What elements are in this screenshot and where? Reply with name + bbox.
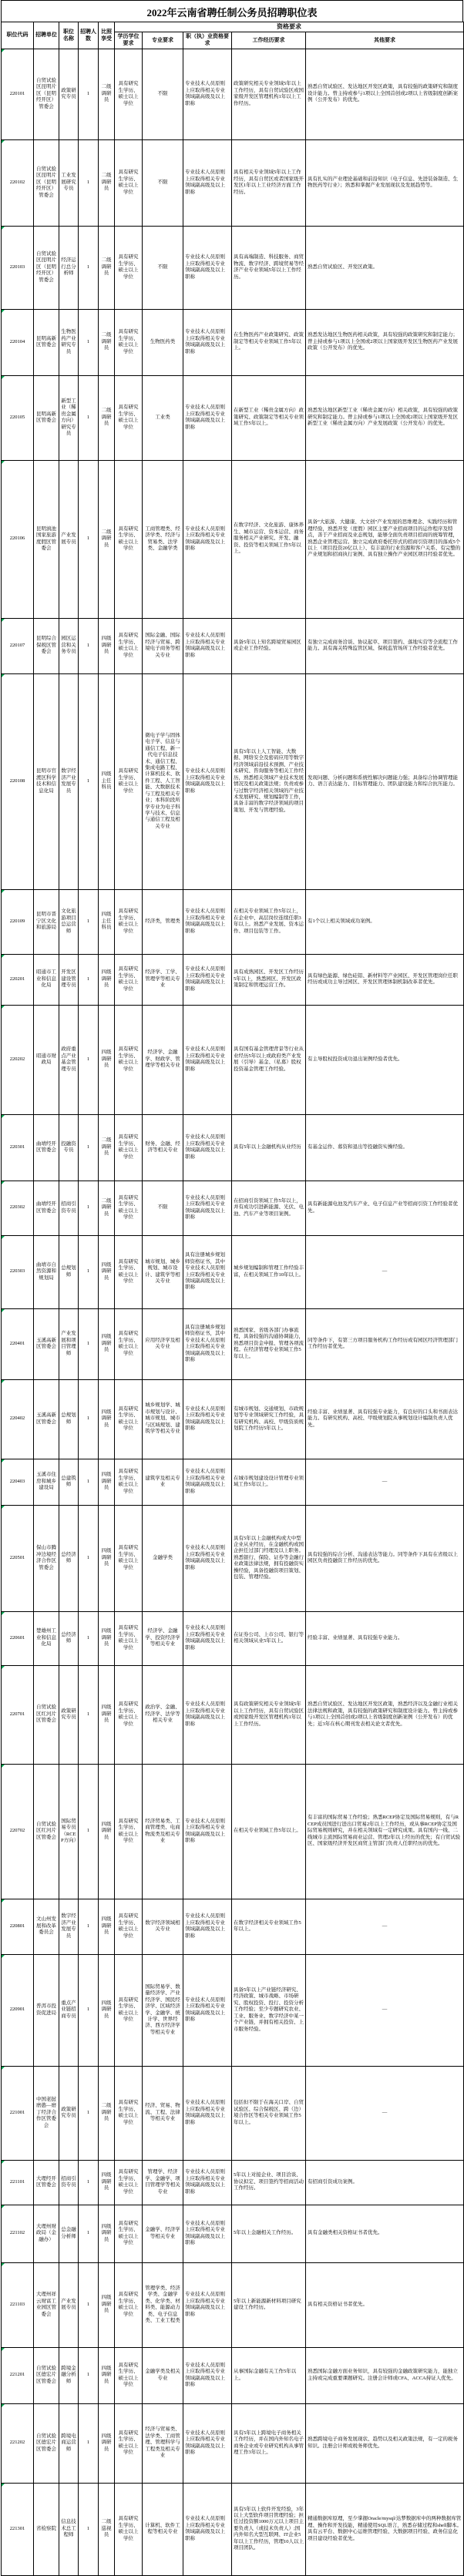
cell-recruit-count: 1 xyxy=(79,309,99,375)
cell-major: 经济贸易类、工商管理类、电商物流类及相关专业 xyxy=(143,1764,183,1899)
table-row: 221102 大理州财政局（金融办） 总金融分析师 1 四级调研员 具有研究生学… xyxy=(2,2205,464,2262)
cell-other-requirement: 有招商引资成功案例。 xyxy=(306,2160,464,2205)
cell-other-requirement: 熟悉发达地区新型工业（稀贵金属方向）相关政策，具有较强的政策研究和制定能力。曾主… xyxy=(306,375,464,460)
table-row: 220801 文山州发展和改革委员会 数字经济产业发展专员 1 四级调研员 具有… xyxy=(2,1899,464,1954)
cell-recruiting-unit: 文山州发展和改革委员会 xyxy=(34,1899,59,1954)
table-row: 220109 昆明市晋宁区文化和旅游局 文化旅游项目总运营师 1 四级主任科员 … xyxy=(2,889,464,954)
table-row: 220101 自贸试验区昆明片区（昆明经开区）管委会 政策研究专员 1 二级调研… xyxy=(2,49,464,139)
cell-rank: 二级调研员 xyxy=(99,139,115,226)
table-row: 221001 中国老挝磨憨—磨丁经济合作区管委会 政策研究专员 1 二级调研员 … xyxy=(2,2066,464,2160)
cell-rank: 四级调研员 xyxy=(99,1308,115,1379)
cell-recruiting-unit: 大理州祥云财富工业园区管委会 xyxy=(34,2262,59,2347)
cell-recruiting-unit: 自贸试验区昆明片区（昆明经开区）管委会 xyxy=(34,139,59,226)
cell-position-name: 跨境电商运营师 xyxy=(59,2403,79,2483)
cell-education: 具有研究生学历、硕士以上学位 xyxy=(115,1308,143,1379)
cell-major: 管理学类、经济学类、金融学类、化学类、材料类、能源动力类、电子信息类、工业工程类 xyxy=(143,2262,183,2347)
cell-education: 具有研究生学历、硕士以上学位 xyxy=(115,954,143,1005)
header-other: 其他要求 xyxy=(306,32,464,49)
cell-position-name: 总金融分析师 xyxy=(59,2205,79,2262)
cell-rank: 二级调研员 xyxy=(99,226,115,309)
cell-other-requirement: 有独立完成商务洽谈、协议起草、项目签约、落地实营等全流程工作能力。具有海关特殊监… xyxy=(306,618,464,673)
cell-recruit-count: 1 xyxy=(79,2262,99,2347)
table-row: 221202 自贸试验区德宏片区管委会 跨境电商运营师 1 四级调研员 具有研究… xyxy=(2,2403,464,2483)
cell-cert-requirement: 专业技术人员原则上应取得相关专业领域副高级及以上职称 xyxy=(183,2403,232,2483)
cell-position-name: 产业发展专员 xyxy=(59,2262,79,2347)
table-row: 220501 保山市腾冲边境经济合作区管委会 总经济师 1 四级调研员 具有研究… xyxy=(2,1505,464,1611)
cell-cert-requirement: 专业技术人员原则上应取得相关专业领域副高级及以上职称 xyxy=(183,954,232,1005)
cell-cert-requirement: 专业技术人员原则上应取得相关专业领域副高级及以上职称 xyxy=(183,2066,232,2160)
cell-position-name: 数字经济产业发展专员 xyxy=(59,1899,79,1954)
cell-major: 城市规划、城乡规划、城市设计、建筑学等相关专业 xyxy=(143,1235,183,1308)
table-row: 220701 自贸试验区红河片区管委会 政策研究专员 1 四级调研员 具有研究生… xyxy=(2,1665,464,1764)
cell-experience: 政策研究相关专业领域5年以上工作经历，具有自贸试验区或国家级开发区管理机构1年以… xyxy=(232,49,306,139)
cell-position-code: 221103 xyxy=(2,2262,34,2347)
cell-position-code: 220601 xyxy=(2,1611,34,1665)
cell-position-name: 园区运营和关务专员 xyxy=(59,618,79,673)
cell-recruiting-unit: 自贸试验区红河片区管委会 xyxy=(34,1665,59,1764)
cell-position-code: 221202 xyxy=(2,2403,34,2483)
cell-experience: 在城市规划建设设计管理专业领域工作5年以上。 xyxy=(232,1459,306,1505)
cell-position-name: 政策研究专员 xyxy=(59,49,79,139)
cell-recruit-count: 1 xyxy=(79,954,99,1005)
cell-education: 具有研究生学历、硕士以上学位 xyxy=(115,2066,143,2160)
cell-education: 具有研究生学历、硕士以上学位 xyxy=(115,2483,143,2575)
cell-recruit-count: 1 xyxy=(79,1665,99,1764)
cell-cert-requirement: 专业技术人员原则上应取得相关专业领域副高级及以上职称 xyxy=(183,1379,232,1459)
cell-rank: 四级调研员 xyxy=(99,1235,115,1308)
cell-recruiting-unit: 中国老挝磨憨—磨丁经济合作区管委会 xyxy=(34,2066,59,2160)
cell-experience: 具有国有基金管理背景等行业从业经历5年以上或政府类产业发展（引导）基金、（私募）… xyxy=(232,1005,306,1114)
cell-experience: 具有高端制造、科技服务、商贸物流、数字经济、跨境贸易等经济产业专业领域5年以上工… xyxy=(232,226,306,309)
cell-position-name: 总规划师 xyxy=(59,1235,79,1308)
cell-recruiting-unit: 自贸试验区昆明片区（昆明经开区）管委会 xyxy=(34,49,59,139)
table-row: 221101 大理经开区管委会 招商引资专员 1 四级调研员 具有研究生学历、硕… xyxy=(2,2160,464,2205)
table-row: 220105 昆明高新区管委会 新型工业（稀贵金属方向）研究专员 1 二级调研员… xyxy=(2,375,464,460)
cell-experience: 具有5年以上跨境电子商务相关工作经历，并在国内外知名电子商务企业或专业研究机构从… xyxy=(232,2403,306,2483)
cell-experience: 城乡规划编制和管理工作经验丰富，在相关领域工作10年以上。 xyxy=(232,1235,306,1308)
header-experience: 工作经历要求 xyxy=(232,32,306,49)
cell-major: 金融学类及相关专业 xyxy=(143,2347,183,2403)
cell-education: 具有研究生学历、硕士以上学位 xyxy=(115,1379,143,1459)
cell-rank: 四级主任科员 xyxy=(99,673,115,889)
cell-other-requirement: 有1个以上相关领域成功案例。 xyxy=(306,889,464,954)
cell-position-name: 政策研究专员 xyxy=(59,1665,79,1764)
cell-rank: 二级调研员 xyxy=(99,49,115,139)
cell-position-code: 220103 xyxy=(2,226,34,309)
cell-cert-requirement: 专业技术人员原则上应取得相关专业领域副高级及以上职称 xyxy=(183,2160,232,2205)
cell-experience: 包括但不限于在海关口岸、自贸试验区、综合保税区、跨（边）境合作区等相关专业领域工… xyxy=(232,2066,306,2160)
cell-education: 具有研究生学历、硕士以上学位 xyxy=(115,460,143,618)
cell-other-requirement: 熟悉自贸试验区、开发区政策。 xyxy=(306,226,464,309)
cell-cert-requirement: 专业技术人员原则上应取得相关专业领域副高级及以上职称 xyxy=(183,1505,232,1611)
cell-recruiting-unit: 曲靖市自然资源和规划局 xyxy=(34,1235,59,1308)
table-row: 220104 昆明高新区管委会 生物医药产业研究专员 1 二级调研员 具有研究生… xyxy=(2,309,464,375)
cell-major: 建筑学及相关专业 xyxy=(143,1459,183,1505)
cell-position-name: 招商引资专员 xyxy=(59,1181,79,1235)
cell-position-name: 政府重点产业基金管理专员 xyxy=(59,1005,79,1114)
cell-cert-requirement: 专业技术人员原则上应取得相关专业领域副高级及以上职称 xyxy=(183,139,232,226)
positions-table: 职位代码 招聘单位 职位名称 招聘人数 比照享受 资格要求 学历学位要求 专业要… xyxy=(1,22,464,2576)
cell-rank: 二级调研员 xyxy=(99,309,115,375)
cell-rank: 四级调研员 xyxy=(99,2160,115,2205)
cell-rank: 四级调研员 xyxy=(99,1899,115,1954)
cell-education: 具有研究生学历、硕士以上学位 xyxy=(115,889,143,954)
cell-position-name: 工业发展研究专员 xyxy=(59,139,79,226)
cell-recruiting-unit: 自贸试验区德宏片区管委会 xyxy=(34,2347,59,2403)
cell-other-requirement: 具有扎实的产业理论基础和前沿知识（电子信息、先进装备制造、生物医药等行业）；熟悉… xyxy=(306,139,464,226)
cell-position-name: 文化旅游项目总运营师 xyxy=(59,889,79,954)
cell-cert-requirement: 专业技术人员原则上应取得相关专业领域副高级及以上职称 xyxy=(183,1899,232,1954)
page-title: 2022年云南省聘任制公务员招聘职位表 xyxy=(1,0,463,22)
cell-rank: 二级调研员 xyxy=(99,1181,115,1235)
cell-other-requirement: 具有新能源电池及汽车产业、电子信息产业等招商引资工作经验者优先。 xyxy=(306,1181,464,1235)
cell-cert-requirement: 专业技术人员原则上应取得相关专业领域副高级及以上职称 xyxy=(183,375,232,460)
header-cert: 职（执）业资格要求 xyxy=(183,32,232,49)
cell-other-requirement: 具有相关资格证书者优先。 xyxy=(306,2262,464,2347)
cell-education: 具有研究生学历、硕士以上学位 xyxy=(115,1181,143,1235)
cell-recruiting-unit: 昆明市晋宁区文化和旅游局 xyxy=(34,889,59,954)
cell-other-requirement: 具备“大旅游、大健康、大文创”产业发展的思维理念、实践经历和管理经验，熟悉开发（… xyxy=(306,460,464,618)
cell-rank: 四级调研员 xyxy=(99,1954,115,2066)
cell-recruiting-unit: 昆明高新区管委会 xyxy=(34,309,59,375)
cell-position-name: 生物医药产业研究专员 xyxy=(59,309,79,375)
cell-rank: 二级调研员 xyxy=(99,1114,115,1181)
cell-position-code: 220403 xyxy=(2,1459,34,1505)
cell-major: 数字经济领域相关专业 xyxy=(143,1899,183,1954)
cell-major: 应用经济学及相关专业 xyxy=(143,1308,183,1379)
cell-position-name: 产业发展和项目管理师 xyxy=(59,1308,79,1379)
cell-experience: 具有5年以上软件开发经验，3年以上大型软件项目管理经验；担任过投资额1000万元… xyxy=(232,2483,306,2575)
cell-other-requirement: 有丰富的国际贸易工作经验；熟悉RCEP协定及国际贸易规则，有与RCEP成员国进行… xyxy=(306,1764,464,1899)
cell-major: 经济与贸易类、法学类、工商管理、管理科学与工程类及相关专业 xyxy=(143,2403,183,2483)
cell-position-code: 220901 xyxy=(2,1954,34,2066)
cell-experience: 在招商引资领域工作5年以上，并有成功引进新能源、光伏、电池、汽车产业等项目案例。 xyxy=(232,1181,306,1235)
cell-experience: 具有成熟园区、开发区工作经历5年以上，熟悉园区、开发区政策制定和管理运营工作。 xyxy=(232,954,306,1005)
cell-experience: 5年以上金融相关工作经历。 xyxy=(232,2205,306,2262)
cell-position-name: 开发区建设管理专员 xyxy=(59,954,79,1005)
cell-major: 不限 xyxy=(143,49,183,139)
cell-position-code: 221301 xyxy=(2,2483,34,2575)
cell-experience: 在新型工业（稀贵金属方向）政策研究、政策制定等相关专业领域工作5年以上。 xyxy=(232,375,306,460)
cell-major: 不限 xyxy=(143,226,183,309)
table-row: 220106 昆明滇池国家旅游度假区管委会 产业发展专员 1 二级调研员 具有研… xyxy=(2,460,464,618)
cell-major: 经济学、金融学、财政学、管理学等相关专业 xyxy=(143,1005,183,1114)
cell-experience: 熟悉国家、省级各部门办事流程，具备较强的沟通协调能力，熟悉项目资金申报、管理各项… xyxy=(232,1308,306,1379)
header-unit: 招聘单位 xyxy=(34,22,59,49)
cell-position-code: 221101 xyxy=(2,2160,34,2205)
cell-major: 经济、贸易、物流、工程、法律等相关专业 xyxy=(143,2066,183,2160)
cell-position-code: 220303 xyxy=(2,1235,34,1308)
cell-recruit-count: 1 xyxy=(79,1308,99,1379)
cell-recruiting-unit: 曲靖经开区管委会 xyxy=(34,1181,59,1235)
cell-position-name: 总建筑师 xyxy=(59,1459,79,1505)
cell-recruit-count: 1 xyxy=(79,49,99,139)
table-row: 220302 曲靖经开区管委会 招商引资专员 1 二级调研员 具有研究生学历、硕… xyxy=(2,1181,464,1235)
cell-recruit-count: 1 xyxy=(79,1954,99,2066)
cell-experience: 5年以上对接企业、项目洽谈、协议拟定、项目签约等招商活动工作经历。 xyxy=(232,2160,306,2205)
cell-experience: 从事国际金融有关工作5年以上。 xyxy=(232,2347,306,2403)
cell-education: 具有研究生学历、硕士以上学位 xyxy=(115,1505,143,1611)
table-row: 220401 玉溪高新区管委会 产业发展和项目管理师 1 四级调研员 具有研究生… xyxy=(2,1308,464,1379)
cell-education: 具有研究生学历、硕士以上学位 xyxy=(115,1665,143,1764)
cell-other-requirement: — xyxy=(306,1954,464,2066)
cell-other-requirement: 具有较强的综合分析、沟通表达等能力。同等条件下具有在省级以上园区负责投融资工作经… xyxy=(306,1505,464,1611)
cell-position-name: 跨境金融分析师 xyxy=(59,2347,79,2403)
cell-education: 具有研究生学历、硕士以上学位 xyxy=(115,2160,143,2205)
cell-education: 具有研究生学历、硕士以上学位 xyxy=(115,1114,143,1181)
table-row: 221301 省检察院 信息技术总工程师 1 二级巡视员 具有研究生学历、硕士以… xyxy=(2,2483,464,2575)
cell-recruiting-unit: 昆明市官渡区科学技术和信息化局 xyxy=(34,673,59,889)
table-row: 221201 自贸试验区德宏片区管委会 跨境金融分析师 1 四级调研员 具有研究… xyxy=(2,2347,464,2403)
cell-major: 城乡规划学、城市规划与设计、城市规划、城市与区域规划、建筑学等相关专业 xyxy=(143,1379,183,1459)
cell-position-name: 总经济师 xyxy=(59,1505,79,1611)
cell-position-code: 220401 xyxy=(2,1308,34,1379)
cell-recruit-count: 1 xyxy=(79,1235,99,1308)
cell-position-name: 数字经济产业发展专员 xyxy=(59,673,79,889)
cell-major: 计算机、软件工程等相关专业 xyxy=(143,2483,183,2575)
cell-experience: 在相关专业领域工作5年以上，在企业中、高层岗位连续任职3年以上。熟悉产业发展、资… xyxy=(232,889,306,954)
cell-recruiting-unit: 玉溪高新区管委会 xyxy=(34,1379,59,1459)
cell-recruit-count: 1 xyxy=(79,1114,99,1181)
cell-position-name: 重点产业链招商专员 xyxy=(59,1954,79,2066)
cell-recruit-count: 1 xyxy=(79,2160,99,2205)
cell-major: 微电子学与固体电子学、信息与通信工程、新一代电子信息技术、通信工程、集成电路工程… xyxy=(143,673,183,889)
cell-major: 经济学、金融学、投资经济学等相关专业 xyxy=(143,1611,183,1665)
cell-cert-requirement: 专业技术人员原则上应取得相关专业领域副高级及以上职称 xyxy=(183,2262,232,2347)
cell-position-code: 220402 xyxy=(2,1379,34,1459)
table-header: 职位代码 招聘单位 职位名称 招聘人数 比照享受 资格要求 学历学位要求 专业要… xyxy=(2,22,464,49)
cell-education: 具有研究生学历、硕士以上学位 xyxy=(115,2403,143,2483)
cell-recruit-count: 1 xyxy=(79,2403,99,2483)
header-position: 职位名称 xyxy=(59,22,79,49)
cell-position-code: 220301 xyxy=(2,1114,34,1181)
cell-cert-requirement: 专业技术人员原则上应取得相关专业领域副高级及以上职称 xyxy=(183,1764,232,1899)
cell-recruiting-unit: 玉溪市住房和城乡建设局 xyxy=(34,1459,59,1505)
cell-position-name: 总经济师 xyxy=(59,1611,79,1665)
cell-recruit-count: 1 xyxy=(79,1611,99,1665)
cell-recruit-count: 1 xyxy=(79,139,99,226)
cell-education: 具有研究生学历、硕士以上学位 xyxy=(115,618,143,673)
table-row: 220202 昭通市财政局 政府重点产业基金管理专员 1 四级调研员 具有研究生… xyxy=(2,1005,464,1114)
cell-recruiting-unit: 楚雄州工业和信息化局 xyxy=(34,1611,59,1665)
cell-recruiting-unit: 大理经开区管委会 xyxy=(34,2160,59,2205)
cell-experience: 具备5年以上产业链经济研究、经济政策、城市战略、市场研究、股权投资、投行、投资分… xyxy=(232,1954,306,2066)
cell-recruit-count: 1 xyxy=(79,1181,99,1235)
cell-position-name: 产业发展专员 xyxy=(59,460,79,618)
cell-position-name: 投融资专员 xyxy=(59,1114,79,1181)
cell-recruiting-unit: 大理州财政局（金融办） xyxy=(34,2205,59,2262)
cell-major: 工商管理类、经济学类、经济与贸易类、法学类、金融学类 xyxy=(143,460,183,618)
positions-tbody: 220101 自贸试验区昆明片区（昆明经开区）管委会 政策研究专员 1 二级调研… xyxy=(2,49,464,2575)
table-row: 220103 自贸试验区昆明片区（昆明经开区）管委会 经济运行总分析师 1 二级… xyxy=(2,226,464,309)
header-code: 职位代码 xyxy=(2,22,34,49)
cell-position-code: 220101 xyxy=(2,49,34,139)
cell-position-code: 221001 xyxy=(2,2066,34,2160)
cell-position-code: 220201 xyxy=(2,954,34,1005)
cell-rank: 四级调研员 xyxy=(99,1379,115,1459)
cell-position-name: 信息技术总工程师 xyxy=(59,2483,79,2575)
cell-position-code: 221201 xyxy=(2,2347,34,2403)
cell-other-requirement: 熟悉跨境电子商务发展现状、趋势以及相关政策法规，有一定的税务知识。注册会计师或税… xyxy=(306,2403,464,2483)
cell-position-code: 220302 xyxy=(2,1181,34,1235)
cell-recruiting-unit: 昭通市财政局 xyxy=(34,1005,59,1114)
cell-recruiting-unit: 保山市腾冲边境经济合作区管委会 xyxy=(34,1505,59,1611)
cell-major: 国际贸易学、数量经济学、产业经济学、国民经济学、区域经济学、金融学、统计学、世界… xyxy=(143,1954,183,2066)
cell-cert-requirement: 具有注册城乡规划师资格证书，其中专业技术人员原则上应取得相关专业领域副高级及以上… xyxy=(183,1308,232,1379)
cell-major: 管理学、经济学、金融学、项目管理学等相关专业 xyxy=(143,2160,183,2205)
cell-recruit-count: 1 xyxy=(79,1505,99,1611)
cell-recruiting-unit: 昆明高新区管委会 xyxy=(34,375,59,460)
cell-rank: 四级调研员 xyxy=(99,954,115,1005)
cell-major: 不限 xyxy=(143,139,183,226)
table-row: 220107 昆明综合保税区管委会 园区运营和关务专员 1 四级调研员 具有研究… xyxy=(2,618,464,673)
cell-education: 具有研究生学历、硕士以上学位 xyxy=(115,1459,143,1505)
cell-major: 经济学、工学、管理学等相关专业 xyxy=(143,954,183,1005)
cell-position-code: 220106 xyxy=(2,460,34,618)
cell-recruiting-unit: 自贸试验区德宏片区管委会 xyxy=(34,2403,59,2483)
cell-other-requirement: 发现问题、分析问题和系统性解决问题能力强；具备综合协调管理能力、语言表达能力、目… xyxy=(306,673,464,889)
cell-other-requirement: 有主导股权投资成功退出案例经验者优先。 xyxy=(306,1005,464,1114)
cell-recruit-count: 1 xyxy=(79,2205,99,2262)
table-row: 220402 玉溪高新区管委会 总规划师 1 四级调研员 具有研究生学历、硕士以… xyxy=(2,1379,464,1459)
cell-position-name: 政策研究专员 xyxy=(59,2066,79,2160)
cell-major: 金融学、经济学等相关专业 xyxy=(143,2205,183,2262)
cell-rank: 四级调研员 xyxy=(99,1611,115,1665)
header-rank: 比照享受 xyxy=(99,22,115,49)
cell-cert-requirement: 专业技术人员原则上应取得相关专业领域副高级及以上职称 xyxy=(183,2347,232,2403)
cell-experience: 具有5年以上金融机构从业经历 xyxy=(232,1114,306,1181)
cell-education: 具有研究生学历、硕士以上学位 xyxy=(115,139,143,226)
cell-experience: 具备5年以上知名跨境贸易园区或企业工作经验。 xyxy=(232,618,306,673)
cell-cert-requirement: 专业技术人员原则上应取得相关专业领域副高级及以上职称 xyxy=(183,1114,232,1181)
cell-rank: 四级主任科员 xyxy=(99,889,115,954)
cell-position-code: 220104 xyxy=(2,309,34,375)
cell-education: 具有研究生学历、硕士以上学位 xyxy=(115,2205,143,2262)
table-row: 220201 昭通市工业和信息化局 开发区建设管理专员 1 四级调研员 具有研究… xyxy=(2,954,464,1005)
cell-position-code: 220202 xyxy=(2,1005,34,1114)
cell-recruit-count: 1 xyxy=(79,618,99,673)
cell-recruiting-unit: 自贸试验区红河片区管委会 xyxy=(34,1764,59,1899)
cell-recruit-count: 1 xyxy=(79,673,99,889)
recruitment-table-sheet: 2022年云南省聘任制公务员招聘职位表 职位代码 招聘单位 职位名称 招聘人数 … xyxy=(1,0,463,2576)
cell-recruiting-unit: 昆明滇池国家旅游度假区管委会 xyxy=(34,460,59,618)
cell-position-code: 220801 xyxy=(2,1899,34,1954)
cell-rank: 四级调研员 xyxy=(99,1764,115,1899)
cell-major: 工业类 xyxy=(143,375,183,460)
cell-major: 金融学类 xyxy=(143,1505,183,1611)
cell-cert-requirement: 专业技术人员原则上应取得相关专业领域副高级及以上职称 xyxy=(183,673,232,889)
cell-position-code: 220108 xyxy=(2,673,34,889)
cell-experience: 在证券公司、上市公司、银行等相关领域从业5年以上。 xyxy=(232,1611,306,1665)
cell-recruit-count: 1 xyxy=(79,2483,99,2575)
cell-major: 生物医药类 xyxy=(143,309,183,375)
header-qualification-group: 资格要求 xyxy=(115,22,464,32)
cell-recruiting-unit: 昆明综合保税区管委会 xyxy=(34,618,59,673)
cell-position-code: 220701 xyxy=(2,1665,34,1764)
cell-position-code: 221102 xyxy=(2,2205,34,2262)
header-major: 专业要求 xyxy=(143,32,183,49)
cell-recruit-count: 1 xyxy=(79,2066,99,2160)
cell-position-code: 220501 xyxy=(2,1505,34,1611)
cell-education: 具有研究生学历、硕士以上学位 xyxy=(115,1764,143,1899)
cell-experience: 具有政策研究相关专业领域5年以上工作经历，具有自贸试验区或国家级开发区管理机构1… xyxy=(232,1665,306,1764)
cell-recruit-count: 1 xyxy=(79,375,99,460)
cell-other-requirement: — xyxy=(306,1459,464,1505)
cell-other-requirement: 熟悉自贸试验区、发达地区开发区政策，具有较强的政策研究和制度设计能力。曾主持或参… xyxy=(306,49,464,139)
cell-education: 具有研究生学历、硕士以上学位 xyxy=(115,375,143,460)
cell-other-requirement: 有基金运作、募资和退出等投融资实操经验。 xyxy=(306,1114,464,1181)
cell-rank: 二级调研员 xyxy=(99,460,115,618)
cell-cert-requirement: 专业技术人员原则上应取得相关专业领域副高级及以上职称 xyxy=(183,1611,232,1665)
cell-major: 政治学、金融、经济学、法学等相关专业 xyxy=(143,1665,183,1764)
cell-cert-requirement: 专业技术人员原则上应取得相关专业领域副高级及以上职称 xyxy=(183,2205,232,2262)
cell-cert-requirement: 专业技术人员原则上应取得相关专业领域副高级及以上职称 xyxy=(183,1665,232,1764)
cell-other-requirement: 经验丰富、业绩显著、具有较强专业能力。 xyxy=(306,1611,464,1665)
table-row: 220403 玉溪市住房和城乡建设局 总建筑师 1 四级调研员 具有研究生学历、… xyxy=(2,1459,464,1505)
cell-experience: 具有相关专业领域5年以上工作经历，具有自贸区或者国家级开发区1年以上工业经济方面… xyxy=(232,139,306,226)
cell-position-code: 220105 xyxy=(2,375,34,460)
table-row: 220901 普洱市投资促进局 重点产业链招商专员 1 四级调研员 具有研究生学… xyxy=(2,1954,464,2066)
cell-recruit-count: 1 xyxy=(79,460,99,618)
cell-other-requirement: — xyxy=(306,1899,464,1954)
cell-cert-requirement: 专业技术人员原则上应取得相关专业领域副高级及以上职称 xyxy=(183,49,232,139)
cell-other-requirement: 具有绿色能源、绿色硅铝、新材料等产业园区、开发区管理岗位任职经历或成功主导过园区… xyxy=(306,954,464,1005)
cell-education: 具有研究生学历、硕士以上学位 xyxy=(115,1005,143,1114)
cell-cert-requirement: 具有注册城乡规划师资格证书，其中专业技术人员原则上应取得相关专业领域副高级及以上… xyxy=(183,1235,232,1308)
cell-recruiting-unit: 昭通市工业和信息化局 xyxy=(34,954,59,1005)
cell-recruit-count: 1 xyxy=(79,1764,99,1899)
cell-cert-requirement: 专业技术人员原则上应取得相关专业领域副高级及以上职称 xyxy=(183,618,232,673)
cell-education: 具有研究生学历、硕士以上学位 xyxy=(115,2262,143,2347)
cell-recruit-count: 1 xyxy=(79,1899,99,1954)
cell-position-code: 220109 xyxy=(2,889,34,954)
cell-position-code: 220107 xyxy=(2,618,34,673)
cell-rank: 四级调研员 xyxy=(99,2347,115,2403)
cell-recruiting-unit: 普洱市投资促进局 xyxy=(34,1954,59,2066)
cell-education: 具有研究生学历、硕士以上学位 xyxy=(115,309,143,375)
table-row: 221103 大理州祥云财富工业园区管委会 产业发展专员 1 四级调研员 具有研… xyxy=(2,2262,464,2347)
cell-other-requirement: 熟悉国际金融方面业务知识，具有较强的金融政策研究能力，能独立主持或完成重要课题研… xyxy=(306,2347,464,2403)
table-row: 220303 曲靖市自然资源和规划局 总规划师 1 四级调研员 具有研究生学历、… xyxy=(2,1235,464,1308)
cell-position-name: 总规划师 xyxy=(59,1379,79,1459)
table-row: 220108 昆明市官渡区科学技术和信息化局 数字经济产业发展专员 1 四级主任… xyxy=(2,673,464,889)
cell-rank: 二级调研员 xyxy=(99,375,115,460)
cell-education: 具有研究生学历、硕士以上学位 xyxy=(115,673,143,889)
cell-cert-requirement: 专业技术人员原则上应取得相关专业领域副高级及以上职称 xyxy=(183,1954,232,2066)
cell-cert-requirement: 专业技术人员原则上应取得相关专业领域副高级及以上职称 xyxy=(183,1181,232,1235)
cell-experience: 在生物医药产业政策研究、政策制定等相关专业领域工作5年以上。 xyxy=(232,309,306,375)
cell-other-requirement: 精通数据库原理，至少掌握Oracle/mysql/达梦数据库中的两种数据库管理、… xyxy=(306,2483,464,2575)
table-row: 220301 曲靖经开区管委会 投融资专员 1 二级调研员 具有研究生学历、硕士… xyxy=(2,1114,464,1181)
cell-education: 具有研究生学历、硕士以上学位 xyxy=(115,1611,143,1665)
cell-recruiting-unit: 省检察院 xyxy=(34,2483,59,2575)
cell-recruit-count: 1 xyxy=(79,1459,99,1505)
cell-rank: 四级调研员 xyxy=(99,2403,115,2483)
cell-position-name: 国际贸易专员（RCEP方向） xyxy=(59,1764,79,1899)
cell-experience: 有城市规划、交通规划、市政规划等专业领域研究工作经验，具有研究机构、高校、甲级资… xyxy=(232,1379,306,1459)
cell-recruiting-unit: 曲靖经开区管委会 xyxy=(34,1114,59,1181)
cell-major: 国际金融、国际经济与贸易、跨境电子商务等相关专业 xyxy=(143,618,183,673)
cell-position-code: 220702 xyxy=(2,1764,34,1899)
cell-cert-requirement: 专业技术人员原则上应取得相关专业领域副高级及以上职称 xyxy=(183,1005,232,1114)
cell-experience: 在数字经济、文化旅游、康体养生、城市运营、资本运营、商务服务相关产业研究、开发、… xyxy=(232,460,306,618)
cell-other-requirement: — xyxy=(306,1235,464,1308)
cell-major: 财务、金融、经济等相关专业 xyxy=(143,1114,183,1181)
cell-education: 具有研究生学历、硕士以上学位 xyxy=(115,1235,143,1308)
cell-recruit-count: 1 xyxy=(79,889,99,954)
cell-education: 具有研究生学历、硕士以上学位 xyxy=(115,1899,143,1954)
cell-other-requirement: 具有金融类相关资格证书者优先。 xyxy=(306,2205,464,2262)
